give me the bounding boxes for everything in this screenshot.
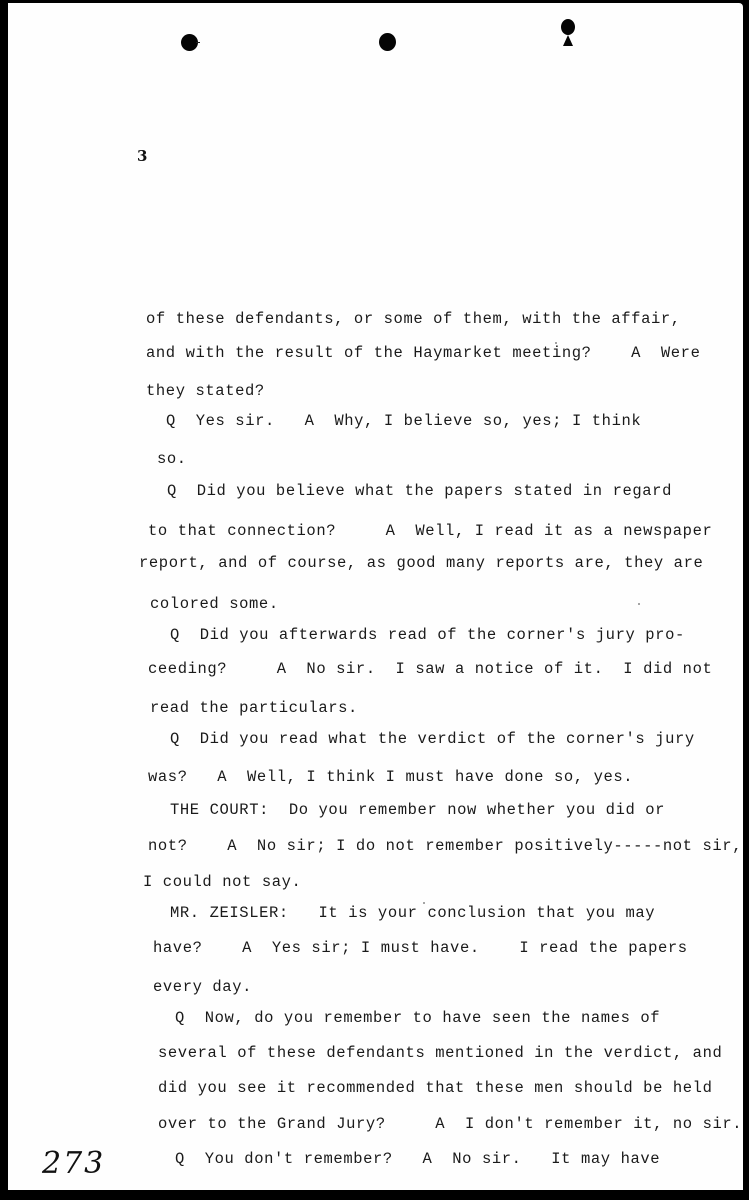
transcript-line: Q Did you read what the verdict of the c… [170,730,695,748]
transcript-line: Q You don't remember? A No sir. It may h… [175,1150,660,1168]
scan-speck [423,902,425,904]
scan-speck [555,342,557,344]
transcript-line: not? A No sir; I do not remember positiv… [148,837,742,855]
transcript-line: colored some. [150,595,279,613]
transcript-line: THE COURT: Do you remember now whether y… [170,801,665,819]
transcript-line: was? A Well, I think I must have done so… [148,768,633,786]
transcript-line: and with the result of the Haymarket mee… [146,344,700,362]
transcript-line: Q Yes sir. A Why, I believe so, yes; I t… [166,412,641,430]
transcript-line: over to the Grand Jury? A I don't rememb… [158,1115,742,1133]
scan-speck [638,603,640,605]
transcript-line: read the particulars. [150,699,358,717]
transcript-line: Q Now, do you remember to have seen the … [175,1009,660,1027]
transcript-line: I could not say. [143,873,301,891]
transcript-line: so. [157,450,187,468]
transcript-line: Q Did you believe what the papers stated… [167,482,672,500]
handwritten-folio-number: 273 [42,1146,105,1181]
transcript-line: every day. [153,978,252,996]
transcript-line: several of these defendants mentioned in… [158,1044,722,1062]
transcript-line: Q Did you afterwards read of the corner'… [170,626,685,644]
transcript-line: have? A Yes sir; I must have. I read the… [153,939,688,957]
transcript-line: they stated? [146,382,265,400]
page-number: 3 [137,147,147,165]
transcript-line: MR. ZEISLER: It is your conclusion that … [170,904,655,922]
transcript-line: to that connection? A Well, I read it as… [148,522,712,540]
transcript-line: of these defendants, or some of them, wi… [146,310,681,328]
transcript-line: did you see it recommended that these me… [158,1079,712,1097]
transcript-line: report, and of course, as good many repo… [139,554,703,572]
punch-hole-mark [196,42,200,43]
transcript-line: ceeding? A No sir. I saw a notice of it.… [148,660,712,678]
punch-hole-right-icon [561,19,575,35]
punch-hole-right-stem-icon [563,35,573,46]
punch-hole-center-icon [379,33,396,51]
